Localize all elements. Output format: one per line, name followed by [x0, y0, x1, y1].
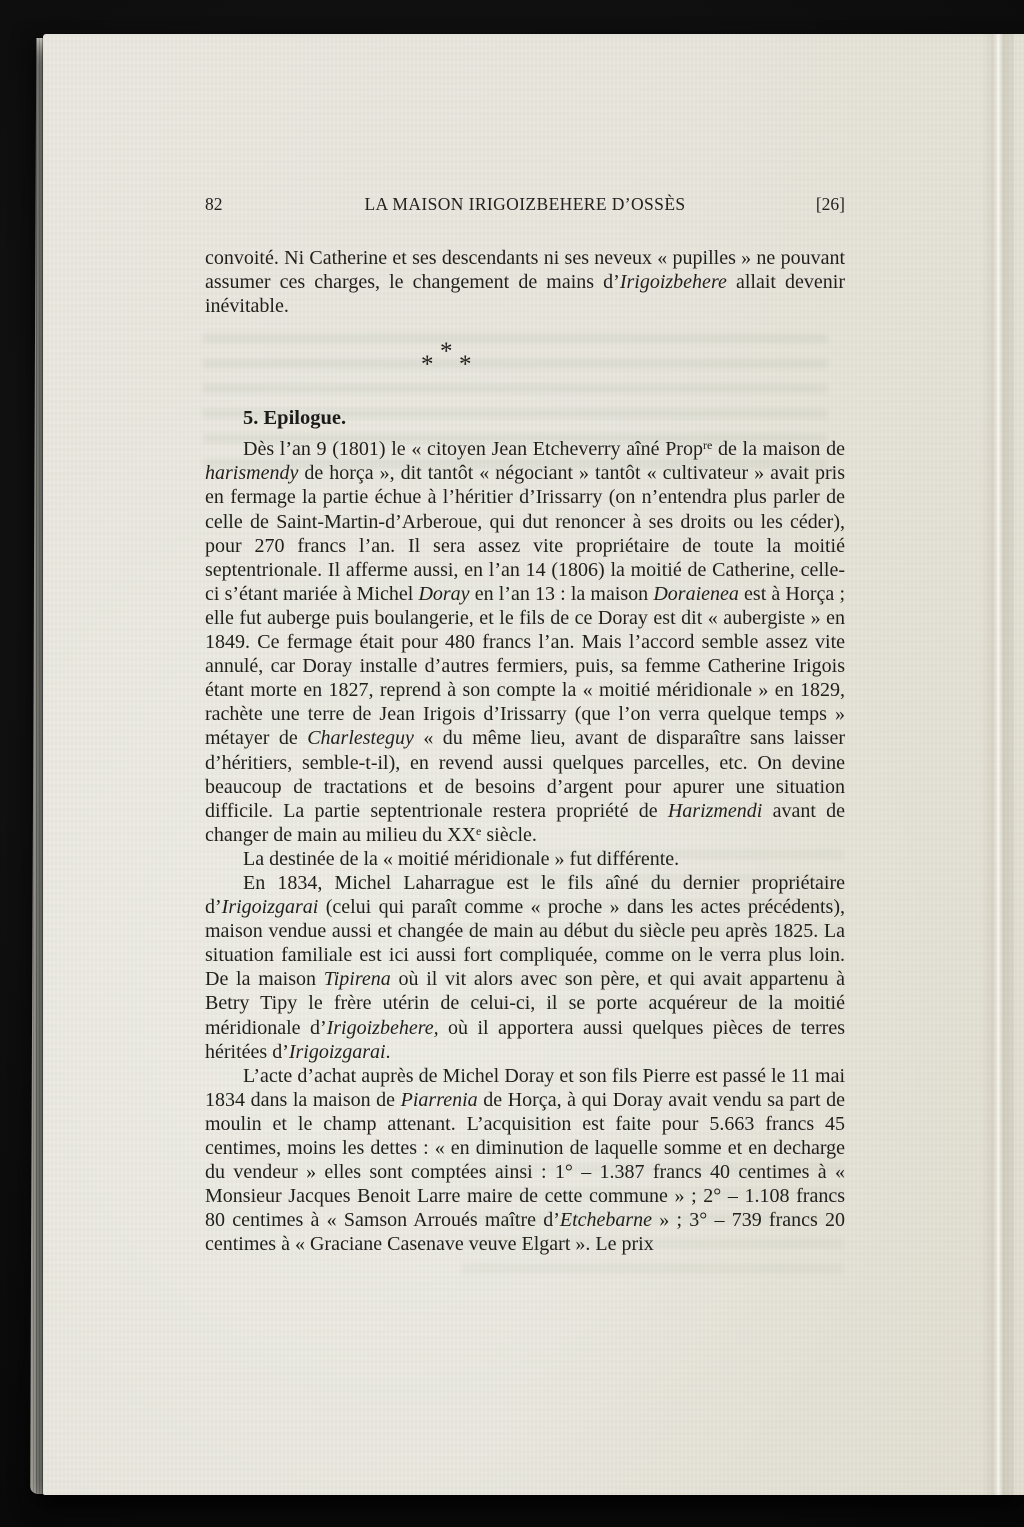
paragraph: convoité. Ni Catherine et ses descendant…: [205, 246, 845, 318]
asterisk-glyph: *: [459, 352, 472, 377]
page-content: 82 LA MAISON IRIGOIZBEHERE D’OSSÈS [26] …: [205, 34, 845, 1256]
binding-gutter: [982, 34, 1014, 1495]
folio-number: [26]: [816, 194, 845, 215]
paragraph: Dès l’an 9 (1801) le « citoyen Jean Etch…: [205, 437, 845, 847]
page-stack-edges: [30, 38, 44, 1494]
book-page: 82 LA MAISON IRIGOIZBEHERE D’OSSÈS [26] …: [43, 34, 1024, 1495]
paragraph: La destinée de la « moitié méridionale »…: [205, 847, 845, 871]
asterisk-separator: ***: [421, 343, 483, 377]
asterisk-glyph: *: [421, 352, 434, 377]
asterisk-glyph: *: [440, 339, 453, 364]
page-header: 82 LA MAISON IRIGOIZBEHERE D’OSSÈS [26]: [205, 194, 845, 215]
text-flow: convoité. Ni Catherine et ses descendant…: [205, 246, 845, 1256]
running-title: LA MAISON IRIGOIZBEHERE D’OSSÈS: [364, 194, 685, 215]
paragraph: L’acte d’achat auprès de Michel Doray et…: [205, 1064, 845, 1257]
paragraph: En 1834, Michel Laharrague est le fils a…: [205, 871, 845, 1064]
page-number: 82: [205, 194, 223, 215]
section-heading: 5. Epilogue.: [205, 407, 845, 430]
